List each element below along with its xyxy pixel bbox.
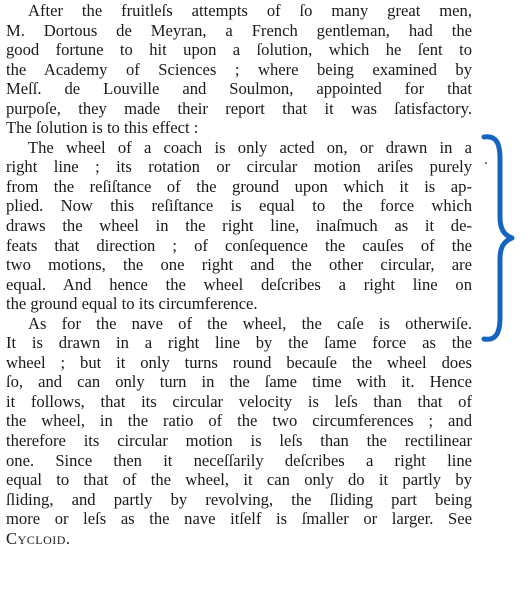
text-line: therefore its circular motion is leſs th… bbox=[6, 431, 472, 451]
text-line: wheel ; but it only turns round becauſe … bbox=[6, 353, 472, 373]
text-line: The wheel of a coach is only acted on, o… bbox=[6, 138, 472, 158]
text-line: feats that direction ; of conſequence th… bbox=[6, 236, 472, 256]
text-line: the Academy of Sciences ; where being ex… bbox=[6, 60, 472, 80]
paragraph-intro: After the fruitleſs attempts of ſo many … bbox=[6, 1, 472, 138]
text-line: As for the nave of the wheel, the caſe i… bbox=[6, 314, 472, 334]
text-line: draws the wheel in the right line, inaſm… bbox=[6, 216, 472, 236]
text-line: the wheel, in the ratio of the two circu… bbox=[6, 411, 472, 431]
cross-reference: Cycloid. bbox=[6, 529, 472, 549]
text-line: plied. Now this reſiſtance is equal to t… bbox=[6, 196, 472, 216]
text-line: more or leſs as the nave itſelf is ſmall… bbox=[6, 509, 472, 529]
text-line: equal to that of the wheel, it can only … bbox=[6, 470, 472, 490]
text-line: Meſſ. de Louville and Soulmon, appointed… bbox=[6, 79, 472, 99]
text-line: equal. And hence the wheel deſcribes a r… bbox=[6, 275, 472, 295]
text-line: from the reſiſtance of the ground upon w… bbox=[6, 177, 472, 197]
text-line: good fortune to hit upon a ſolution, whi… bbox=[6, 40, 472, 60]
text-line: The ſolution is to this effect : bbox=[6, 118, 472, 138]
text-line: ſliding, and partly by revolving, the ſl… bbox=[6, 490, 472, 510]
text-line: M. Dortous de Meyran, a French gentleman… bbox=[6, 21, 472, 41]
text-line: the ground equal to its circumference. bbox=[6, 294, 472, 314]
text-line: purpoſe, they made their report that it … bbox=[6, 99, 472, 119]
document-page: After the fruitleſs attempts of ſo many … bbox=[6, 1, 472, 548]
text-line: two motions, the one right and the other… bbox=[6, 255, 472, 275]
text-line: ſo, and can only turn in the ſame time w… bbox=[6, 372, 472, 392]
text-line: It is drawn in a right line by the ſame … bbox=[6, 333, 472, 353]
text-line: it follows, that its circular velocity i… bbox=[6, 392, 472, 412]
paragraph-wheel-solution: The wheel of a coach is only acted on, o… bbox=[6, 138, 472, 314]
text-line: one. Since then it neceſſarily deſcribes… bbox=[6, 451, 472, 471]
paragraph-nave: As for the nave of the wheel, the caſe i… bbox=[6, 314, 472, 549]
text-line: right line ; its rotation or circular mo… bbox=[6, 157, 472, 177]
text-line: After the fruitleſs attempts of ſo many … bbox=[6, 1, 472, 21]
curly-brace-annotation-icon bbox=[480, 133, 516, 343]
